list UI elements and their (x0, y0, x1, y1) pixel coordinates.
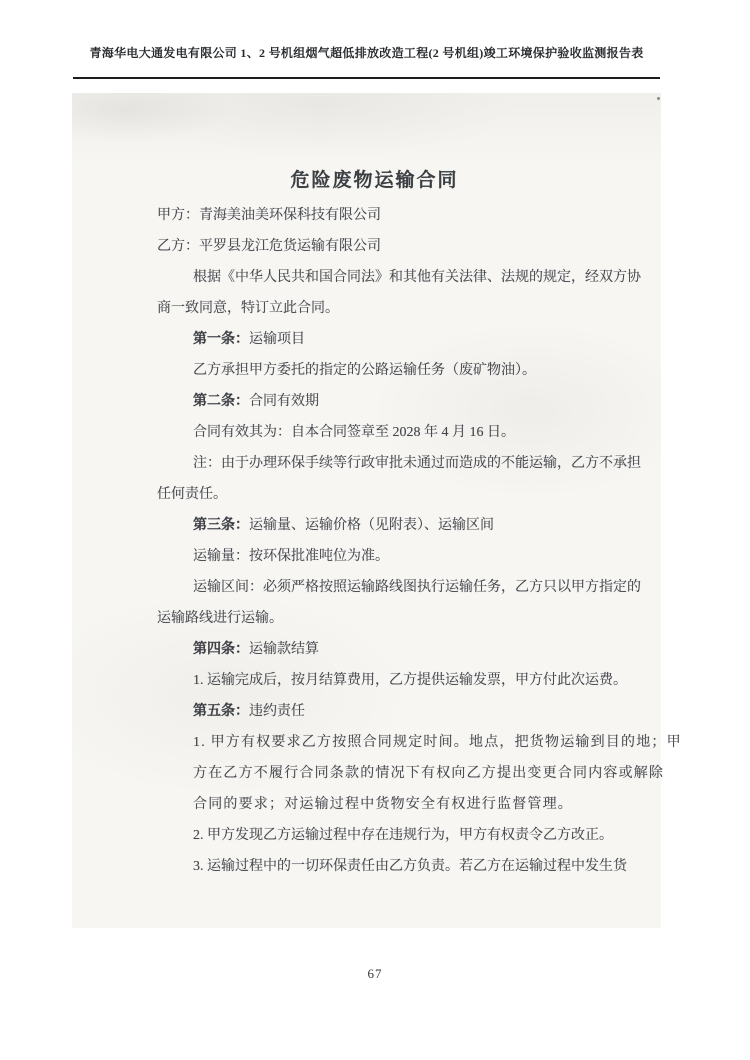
contract-line: 运输量：按环保批准吨位为准。 (157, 541, 637, 572)
contract-line-text: 乙方：平罗县龙江危货运输有限公司 (157, 239, 381, 254)
contract-line-text: 运输路线进行运输。 (157, 611, 283, 626)
contract-line: 第一条：运输项目 (157, 324, 637, 355)
scanned-contract-page: 危险废物运输合同 甲方：青海美油美环保科技有限公司 乙方：平罗县龙江危货运输有限… (72, 93, 661, 928)
contract-line: 运输路线进行运输。 (157, 603, 637, 634)
contract-body: 甲方：青海美油美环保科技有限公司 乙方：平罗县龙江危货运输有限公司 根据《中华人… (72, 200, 637, 882)
contract-line-text: 运输款结算 (249, 642, 319, 657)
contract-line-text: 3. 运输过程中的一切环保责任由乙方负责。若乙方在运输过程中发生货 (193, 859, 627, 874)
clause-label: 第二条： (193, 394, 249, 409)
contract-line: 3. 运输过程中的一切环保责任由乙方负责。若乙方在运输过程中发生货 (157, 851, 637, 882)
contract-line-text: 商一致同意，特订立此合同。 (157, 301, 339, 316)
contract-line: 乙方承担甲方委托的指定的公路运输任务（废矿物油）。 (157, 355, 637, 386)
contract-line: 合同的要求；对运输过程中货物安全有权进行监督管理。 (157, 789, 637, 820)
contract-line: 1. 甲方有权要求乙方按照合同规定时间。地点，把货物运输到目的地；甲 (157, 727, 637, 758)
contract-line: 任何责任。 (157, 479, 637, 510)
contract-line-text: 任何责任。 (157, 487, 227, 502)
contract-line-text: 2. 甲方发现乙方运输过程中存在违规行为，甲方有权责令乙方改正。 (193, 828, 613, 843)
contract-line-text: 甲方：青海美油美环保科技有限公司 (157, 208, 381, 223)
contract-line: 第五条：违约责任 (157, 696, 637, 727)
contract-line: 甲方：青海美油美环保科技有限公司 (157, 200, 637, 231)
clause-label: 第四条： (193, 642, 249, 657)
report-header-title: 青海华电大通发电有限公司 1、2 号机组烟气超低排放改造工程(2 号机组)竣工环… (73, 44, 660, 62)
contract-line-text: 运输区间：必须严格按照运输路线图执行运输任务，乙方只以甲方指定的 (193, 580, 641, 595)
contract-line-text: 合同有效期 (249, 394, 319, 409)
contract-line-text: 合同有效其为：自本合同签章至 2028 年 4 月 16 日。 (193, 425, 515, 440)
contract-line: 第四条：运输款结算 (157, 634, 637, 665)
contract-line: 合同有效其为：自本合同签章至 2028 年 4 月 16 日。 (157, 417, 637, 448)
contract-line-text: 乙方承担甲方委托的指定的公路运输任务（废矿物油）。 (193, 363, 536, 378)
contract-line-text: 违约责任 (249, 704, 305, 719)
contract-line: 第二条：合同有效期 (157, 386, 637, 417)
page-number: 67 (0, 966, 750, 982)
clause-label: 第一条： (193, 332, 249, 347)
contract-line: 乙方：平罗县龙江危货运输有限公司 (157, 231, 637, 262)
contract-line-text: 合同的要求；对运输过程中货物安全有权进行监督管理。 (193, 797, 573, 812)
contract-line: 商一致同意，特订立此合同。 (157, 293, 637, 324)
scan-artifact-dot (657, 97, 660, 100)
contract-line-text: 运输量：按环保批准吨位为准。 (193, 549, 389, 564)
contract-line: 第三条：运输量、运输价格（见附表）、运输区间 (157, 510, 637, 541)
contract-line: 方在乙方不履行合同条款的情况下有权向乙方提出变更合同内容或解除 (157, 758, 637, 789)
contract-line: 根据《中华人民共和国合同法》和其他有关法律、法规的规定，经双方协 (157, 262, 637, 293)
contract-line-text: 运输量、运输价格（见附表）、运输区间 (249, 518, 494, 533)
contract-line: 运输区间：必须严格按照运输路线图执行运输任务，乙方只以甲方指定的 (157, 572, 637, 603)
contract-line: 1. 运输完成后，按月结算费用，乙方提供运输发票，甲方付此次运费。 (157, 665, 637, 696)
page: { "page_header": { "text": "青海华电大通发电有限公司… (0, 0, 750, 1060)
contract-line-text: 1. 运输完成后，按月结算费用，乙方提供运输发票，甲方付此次运费。 (193, 673, 627, 688)
contract-line-text: 1. 甲方有权要求乙方按照合同规定时间。地点，把货物运输到目的地；甲 (193, 735, 682, 750)
contract-line-text: 方在乙方不履行合同条款的情况下有权向乙方提出变更合同内容或解除 (193, 766, 664, 781)
header-rule (73, 77, 660, 79)
contract-title: 危险废物运输合同 (80, 168, 669, 194)
contract-line-text: 运输项目 (249, 332, 305, 347)
contract-line: 2. 甲方发现乙方运输过程中存在违规行为，甲方有权责令乙方改正。 (157, 820, 637, 851)
clause-label: 第五条： (193, 704, 249, 719)
contract-line-text: 根据《中华人民共和国合同法》和其他有关法律、法规的规定，经双方协 (193, 270, 641, 285)
clause-label: 第三条： (193, 518, 249, 533)
contract-line: 注：由于办理环保手续等行政审批未通过而造成的不能运输，乙方不承担 (157, 448, 637, 479)
contract-line-text: 注：由于办理环保手续等行政审批未通过而造成的不能运输，乙方不承担 (193, 456, 641, 471)
report-header: 青海华电大通发电有限公司 1、2 号机组烟气超低排放改造工程(2 号机组)竣工环… (73, 44, 660, 62)
